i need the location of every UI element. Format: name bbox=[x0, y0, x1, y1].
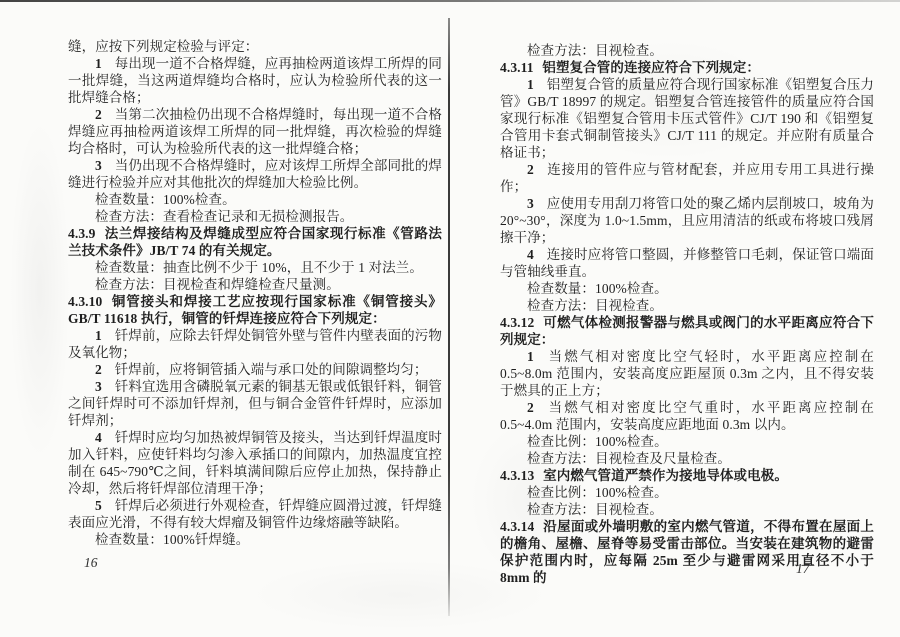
clause-item: 5钎焊后必须进行外观检查，钎焊缝应圆滑过渡，钎焊缝表面应光滑，不得有较大焊瘤及铜… bbox=[68, 497, 442, 531]
clause-number: 1 bbox=[527, 349, 534, 364]
paragraph-text: 当第二次抽检仍出现不合格焊缝时，每出现一道不合格焊缝应再抽检两道该焊工所焊的同一… bbox=[68, 107, 442, 156]
clause-number: 4.3.13 bbox=[500, 468, 534, 483]
page-number-right: 17 bbox=[796, 561, 810, 577]
paragraph-text: 检查数量：100%钎焊缝。 bbox=[95, 532, 249, 547]
clause-item: 1铝塑复合管的质量应符合现行国家标准《铝塑复合压力管》GB/T 18997 的规… bbox=[500, 76, 874, 161]
paragraph-text: 检查比例：100%检查。 bbox=[527, 434, 668, 449]
page-divider bbox=[448, 18, 450, 616]
paragraph-text: 连接用的管件应与管材配套，并应用专用工具进行操作； bbox=[500, 162, 874, 194]
clause-number: 2 bbox=[527, 400, 534, 415]
clause-number: 1 bbox=[95, 328, 102, 343]
paragraph-text: 检查比例：100%检查。 bbox=[527, 485, 668, 500]
inspection-line: 检查数量：100%检查。 bbox=[500, 280, 874, 297]
clause-heading: 4.3.11铝塑复合管的连接应符合下列规定： bbox=[500, 59, 874, 76]
clause-item: 3钎料宜选用含磷脱氧元素的铜基无银或低银钎料，铜管之间钎焊时可不添加钎焊剂，但与… bbox=[68, 378, 442, 429]
clause-number: 1 bbox=[527, 77, 534, 92]
clause-item: 4钎焊时应均匀加热被焊铜管及接头，当达到钎焊温度时加入钎料，应使钎料均匀渗入承插… bbox=[68, 429, 442, 497]
clause-number: 2 bbox=[95, 362, 102, 377]
scan-smudge bbox=[10, 120, 70, 460]
paragraph-text: 检查方法：目视检查。 bbox=[527, 298, 663, 313]
clause-number: 2 bbox=[95, 107, 102, 122]
paragraph-text: 铜管接头和焊接工艺应按现行国家标准《铜管接头》GB/T 11618 执行，铜管的… bbox=[68, 294, 442, 326]
inspection-line: 检查比例：100%检查。 bbox=[500, 433, 874, 450]
paragraph-text: 检查方法：目视检查。 bbox=[527, 43, 663, 58]
inspection-line: 检查方法：目视检查。 bbox=[500, 42, 874, 59]
clause-number: 3 bbox=[527, 196, 534, 211]
paragraph-text: 钎焊时应均匀加热被焊铜管及接头，当达到钎焊温度时加入钎料，应使钎料均匀渗入承插口… bbox=[68, 430, 442, 496]
scan-top-edge bbox=[0, 0, 900, 2]
paragraph-text: 钎焊前，应除去钎焊处铜管外壁与管件内壁表面的污物及氧化物； bbox=[68, 328, 442, 360]
continuation-paragraph: 缝，应按下列规定检验与评定： bbox=[68, 38, 442, 55]
inspection-line: 检查方法：目视检查和焊缝检查尺量测。 bbox=[68, 276, 442, 293]
clause-heading: 4.3.14沿屋面或外墙明敷的室内燃气管道，不得布置在屋面上的檐角、屋檐、屋脊等… bbox=[500, 518, 874, 586]
paragraph-text: 应使用专用刮刀将管口处的聚乙烯内层削坡口，坡角为20°~30°，深度为 1.0~… bbox=[500, 196, 874, 245]
paragraph-text: 铝塑复合管的质量应符合现行国家标准《铝塑复合压力管》GB/T 18997 的规定… bbox=[500, 77, 874, 160]
clause-item: 2当燃气相对密度比空气重时，水平距离应控制在 0.5~4.0m 范围内，安装高度… bbox=[500, 399, 874, 433]
paragraph-text: 缝，应按下列规定检验与评定： bbox=[68, 39, 258, 54]
clause-number: 4.3.11 bbox=[500, 60, 534, 75]
page-number-left: 16 bbox=[84, 555, 98, 571]
book-spread: 缝，应按下列规定检验与评定：1每出现一道不合格焊缝，应再抽检两道该焊工所焊的同一… bbox=[0, 0, 900, 637]
clause-heading: 4.3.13室内燃气管道严禁作为接地导体或电极。 bbox=[500, 467, 874, 484]
inspection-line: 检查方法：目视检查及尺量检查。 bbox=[500, 450, 874, 467]
paragraph-text: 检查数量：100%检查。 bbox=[527, 281, 668, 296]
clause-number: 4.3.10 bbox=[68, 294, 102, 309]
paragraph-text: 检查方法：查看检查记录和无损检测报告。 bbox=[95, 209, 353, 224]
clause-item: 2连接用的管件应与管材配套，并应用专用工具进行操作； bbox=[500, 161, 874, 195]
clause-item: 1当燃气相对密度比空气轻时，水平距离应控制在 0.5~8.0m 范围内，安装高度… bbox=[500, 348, 874, 399]
inspection-line: 检查方法：目视检查。 bbox=[500, 297, 874, 314]
paragraph-text: 当燃气相对密度比空气重时，水平距离应控制在 0.5~4.0m 范围内，安装高度应… bbox=[500, 400, 874, 432]
clause-number: 3 bbox=[95, 158, 102, 173]
paragraph-text: 检查方法：目视检查。 bbox=[527, 502, 663, 517]
clause-number: 4 bbox=[95, 430, 102, 445]
page-right-text: 检查方法：目视检查。4.3.11铝塑复合管的连接应符合下列规定：1铝塑复合管的质… bbox=[500, 42, 874, 586]
clause-number: 4.3.9 bbox=[68, 226, 96, 241]
clause-item: 1钎焊前，应除去钎焊处铜管外壁与管件内壁表面的污物及氧化物； bbox=[68, 327, 442, 361]
clause-heading: 4.3.12可燃气体检测报警器与燃具或阀门的水平距离应符合下列规定： bbox=[500, 314, 874, 348]
paragraph-text: 检查数量：100%检查。 bbox=[95, 192, 236, 207]
clause-number: 5 bbox=[95, 498, 102, 513]
inspection-line: 检查方法：查看检查记录和无损检测报告。 bbox=[68, 208, 442, 225]
paragraph-text: 法兰焊接结构及焊缝成型应符合国家现行标准《管路法兰技术条件》JB/T 74 的有… bbox=[68, 226, 442, 258]
clause-number: 3 bbox=[95, 379, 102, 394]
clause-item: 4连接时应将管口整圆，并修整管口毛刺，保证管口端面与管轴线垂直。 bbox=[500, 246, 874, 280]
clause-item: 1每出现一道不合格焊缝，应再抽检两道该焊工所焊的同一批焊缝，当这两道焊缝均合格时… bbox=[68, 55, 442, 106]
paragraph-text: 每出现一道不合格焊缝，应再抽检两道该焊工所焊的同一批焊缝，当这两道焊缝均合格时，… bbox=[68, 56, 442, 105]
paragraph-text: 检查方法：目视检查和焊缝检查尺量测。 bbox=[95, 277, 340, 292]
paragraph-text: 连接时应将管口整圆，并修整管口毛刺，保证管口端面与管轴线垂直。 bbox=[500, 247, 874, 279]
clause-item: 2钎焊前，应将铜管插入端与承口处的间隙调整均匀； bbox=[68, 361, 442, 378]
paragraph-text: 检查数量：抽查比例不少于 10%，且不少于 1 对法兰。 bbox=[95, 260, 423, 275]
paragraph-text: 室内燃气管道严禁作为接地导体或电极。 bbox=[543, 468, 788, 483]
page-left-text: 缝，应按下列规定检验与评定：1每出现一道不合格焊缝，应再抽检两道该焊工所焊的同一… bbox=[68, 38, 442, 548]
clause-number: 4 bbox=[527, 247, 534, 262]
inspection-line: 检查比例：100%检查。 bbox=[500, 484, 874, 501]
inspection-line: 检查数量：100%钎焊缝。 bbox=[68, 531, 442, 548]
inspection-line: 检查数量：抽查比例不少于 10%，且不少于 1 对法兰。 bbox=[68, 259, 442, 276]
clause-number: 4.3.12 bbox=[500, 315, 534, 330]
clause-item: 2当第二次抽检仍出现不合格焊缝时，每出现一道不合格焊缝应再抽检两道该焊工所焊的同… bbox=[68, 106, 442, 157]
inspection-line: 检查方法：目视检查。 bbox=[500, 501, 874, 518]
paragraph-text: 当燃气相对密度比空气轻时，水平距离应控制在 0.5~8.0m 范围内，安装高度应… bbox=[500, 349, 874, 398]
clause-item: 3当仍出现不合格焊缝时，应对该焊工所焊全部同批的焊缝进行检验并应对其他批次的焊缝… bbox=[68, 157, 442, 191]
paragraph-text: 沿屋面或外墙明敷的室内燃气管道，不得布置在屋面上的檐角、屋檐、屋脊等易受雷击部位… bbox=[500, 519, 874, 585]
clause-number: 2 bbox=[527, 162, 534, 177]
inspection-line: 检查数量：100%检查。 bbox=[68, 191, 442, 208]
clause-heading: 4.3.9法兰焊接结构及焊缝成型应符合国家现行标准《管路法兰技术条件》JB/T … bbox=[68, 225, 442, 259]
clause-number: 4.3.14 bbox=[500, 519, 534, 534]
paragraph-text: 钎料宜选用含磷脱氧元素的铜基无银或低银钎料，铜管之间钎焊时可不添加钎焊剂，但与铜… bbox=[68, 379, 442, 428]
paragraph-text: 钎焊前，应将铜管插入端与承口处的间隙调整均匀； bbox=[115, 362, 428, 377]
clause-number: 1 bbox=[95, 56, 102, 71]
paragraph-text: 钎焊后必须进行外观检查，钎焊缝应圆滑过渡，钎焊缝表面应光滑，不得有较大焊瘤及铜管… bbox=[68, 498, 442, 530]
paragraph-text: 可燃气体检测报警器与燃具或阀门的水平距离应符合下列规定： bbox=[500, 315, 874, 347]
paragraph-text: 检查方法：目视检查及尺量检查。 bbox=[527, 451, 731, 466]
clause-heading: 4.3.10铜管接头和焊接工艺应按现行国家标准《铜管接头》GB/T 11618 … bbox=[68, 293, 442, 327]
clause-item: 3应使用专用刮刀将管口处的聚乙烯内层削坡口，坡角为20°~30°，深度为 1.0… bbox=[500, 195, 874, 246]
paragraph-text: 铝塑复合管的连接应符合下列规定： bbox=[542, 60, 760, 75]
paragraph-text: 当仍出现不合格焊缝时，应对该焊工所焊全部同批的焊缝进行检验并应对其他批次的焊缝加… bbox=[68, 158, 442, 190]
